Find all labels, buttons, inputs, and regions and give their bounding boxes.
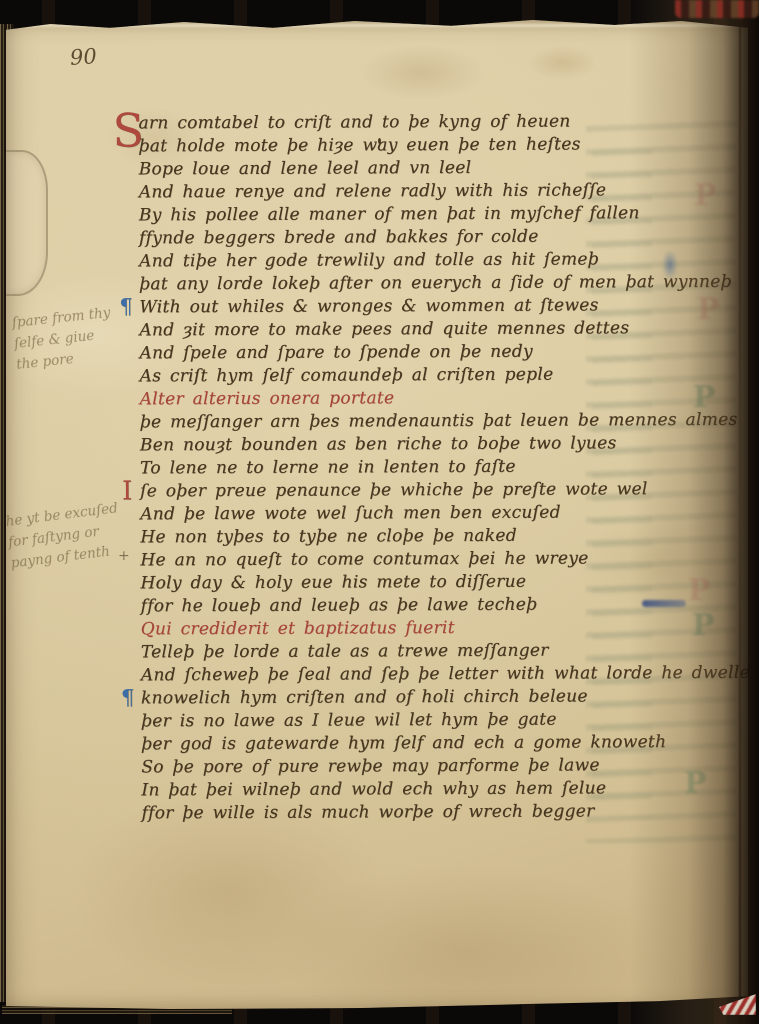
line-text: Telleþ þe lorde a tale as a trewe meſſan…: [141, 641, 549, 663]
manuscript-photo: 90 P P P P P P ſpare from thyſelfe & giu…: [0, 0, 759, 1024]
line-text: With out whiles & wronges & wommen at ſt…: [139, 295, 598, 317]
line-text: Alter alterius onera portate: [140, 388, 395, 409]
line-text: He an no queſt to come contumax þei he w…: [140, 548, 588, 570]
line-text: ſe oþer preue penaunce þe whiche þe preſ…: [140, 479, 648, 501]
line-text: And ȝit more to make pees and quite menn…: [139, 318, 629, 340]
line-text: So þe pore of pure rewþe may parforme þe…: [141, 755, 600, 777]
decorated-initial: I: [122, 478, 133, 504]
line-text: ffor þe wille is als much worþe of wrech…: [141, 801, 594, 823]
line-text: þer god is gatewarde hym ſelf and ech a …: [141, 732, 666, 754]
margin-plus-mark: +: [118, 548, 130, 564]
decorated-initial: ¶: [119, 296, 133, 317]
line-text: As criſt hym ſelf comaundeþ al criſten p…: [140, 365, 554, 387]
vellum-tab-repair: [6, 150, 48, 296]
line-text: knowelich hym criſten and of holi chirch…: [141, 686, 588, 708]
line-text: Ben nouȝt bounden as ben riche to boþe t…: [140, 433, 617, 455]
decorated-initial: ¶: [121, 687, 135, 708]
line-text: In þat þei wilneþ and wold ech why as he…: [141, 778, 606, 800]
line-text: By his pollee alle maner of men þat in m…: [139, 203, 640, 225]
margin-note-annotation: ſpare from thyſelfe & giuethe pore: [11, 303, 116, 376]
margin-note-annotation: he yt be excuſedfor faſtyng orpayng of t…: [6, 498, 124, 574]
gutter-crease: [739, 0, 741, 1024]
line-text: He non tyþes to tyþe ne cloþe þe naked: [140, 526, 517, 548]
line-text: ffor he loueþ and leueþ as þe lawe teche…: [141, 595, 538, 617]
line-text: arn comtabel to criſt and to þe kyng of …: [138, 111, 570, 133]
line-text: Bope loue and lene leel and vn leel: [139, 158, 472, 179]
line-text: Qui crediderit et baptizatus fuerit: [141, 618, 455, 639]
line-text: And þe lawe wote wel ſuch men ben excuſe…: [140, 503, 561, 525]
line-text: And tiþe her gode trewlily and tolle as …: [139, 249, 599, 271]
folio-number: 90: [69, 44, 97, 70]
line-text: þer is no lawe as I leue wil let hym þe …: [141, 710, 557, 732]
line-text: þat holde mote þe hiȝe way euen þe ten h…: [139, 134, 581, 156]
line-text: To lene ne to lerne ne in lenten to faſt…: [140, 457, 516, 479]
line-text: And haue renye and relene radly with his…: [139, 180, 606, 202]
line-text: And ſpele and ſpare to ſpende on þe nedy: [139, 342, 532, 364]
binding-debris: [675, 0, 759, 18]
line-text: ffynde beggers brede and bakkes for cold…: [139, 227, 539, 249]
line-text: Holy day & holy eue his mete to diſſerue: [140, 572, 526, 594]
